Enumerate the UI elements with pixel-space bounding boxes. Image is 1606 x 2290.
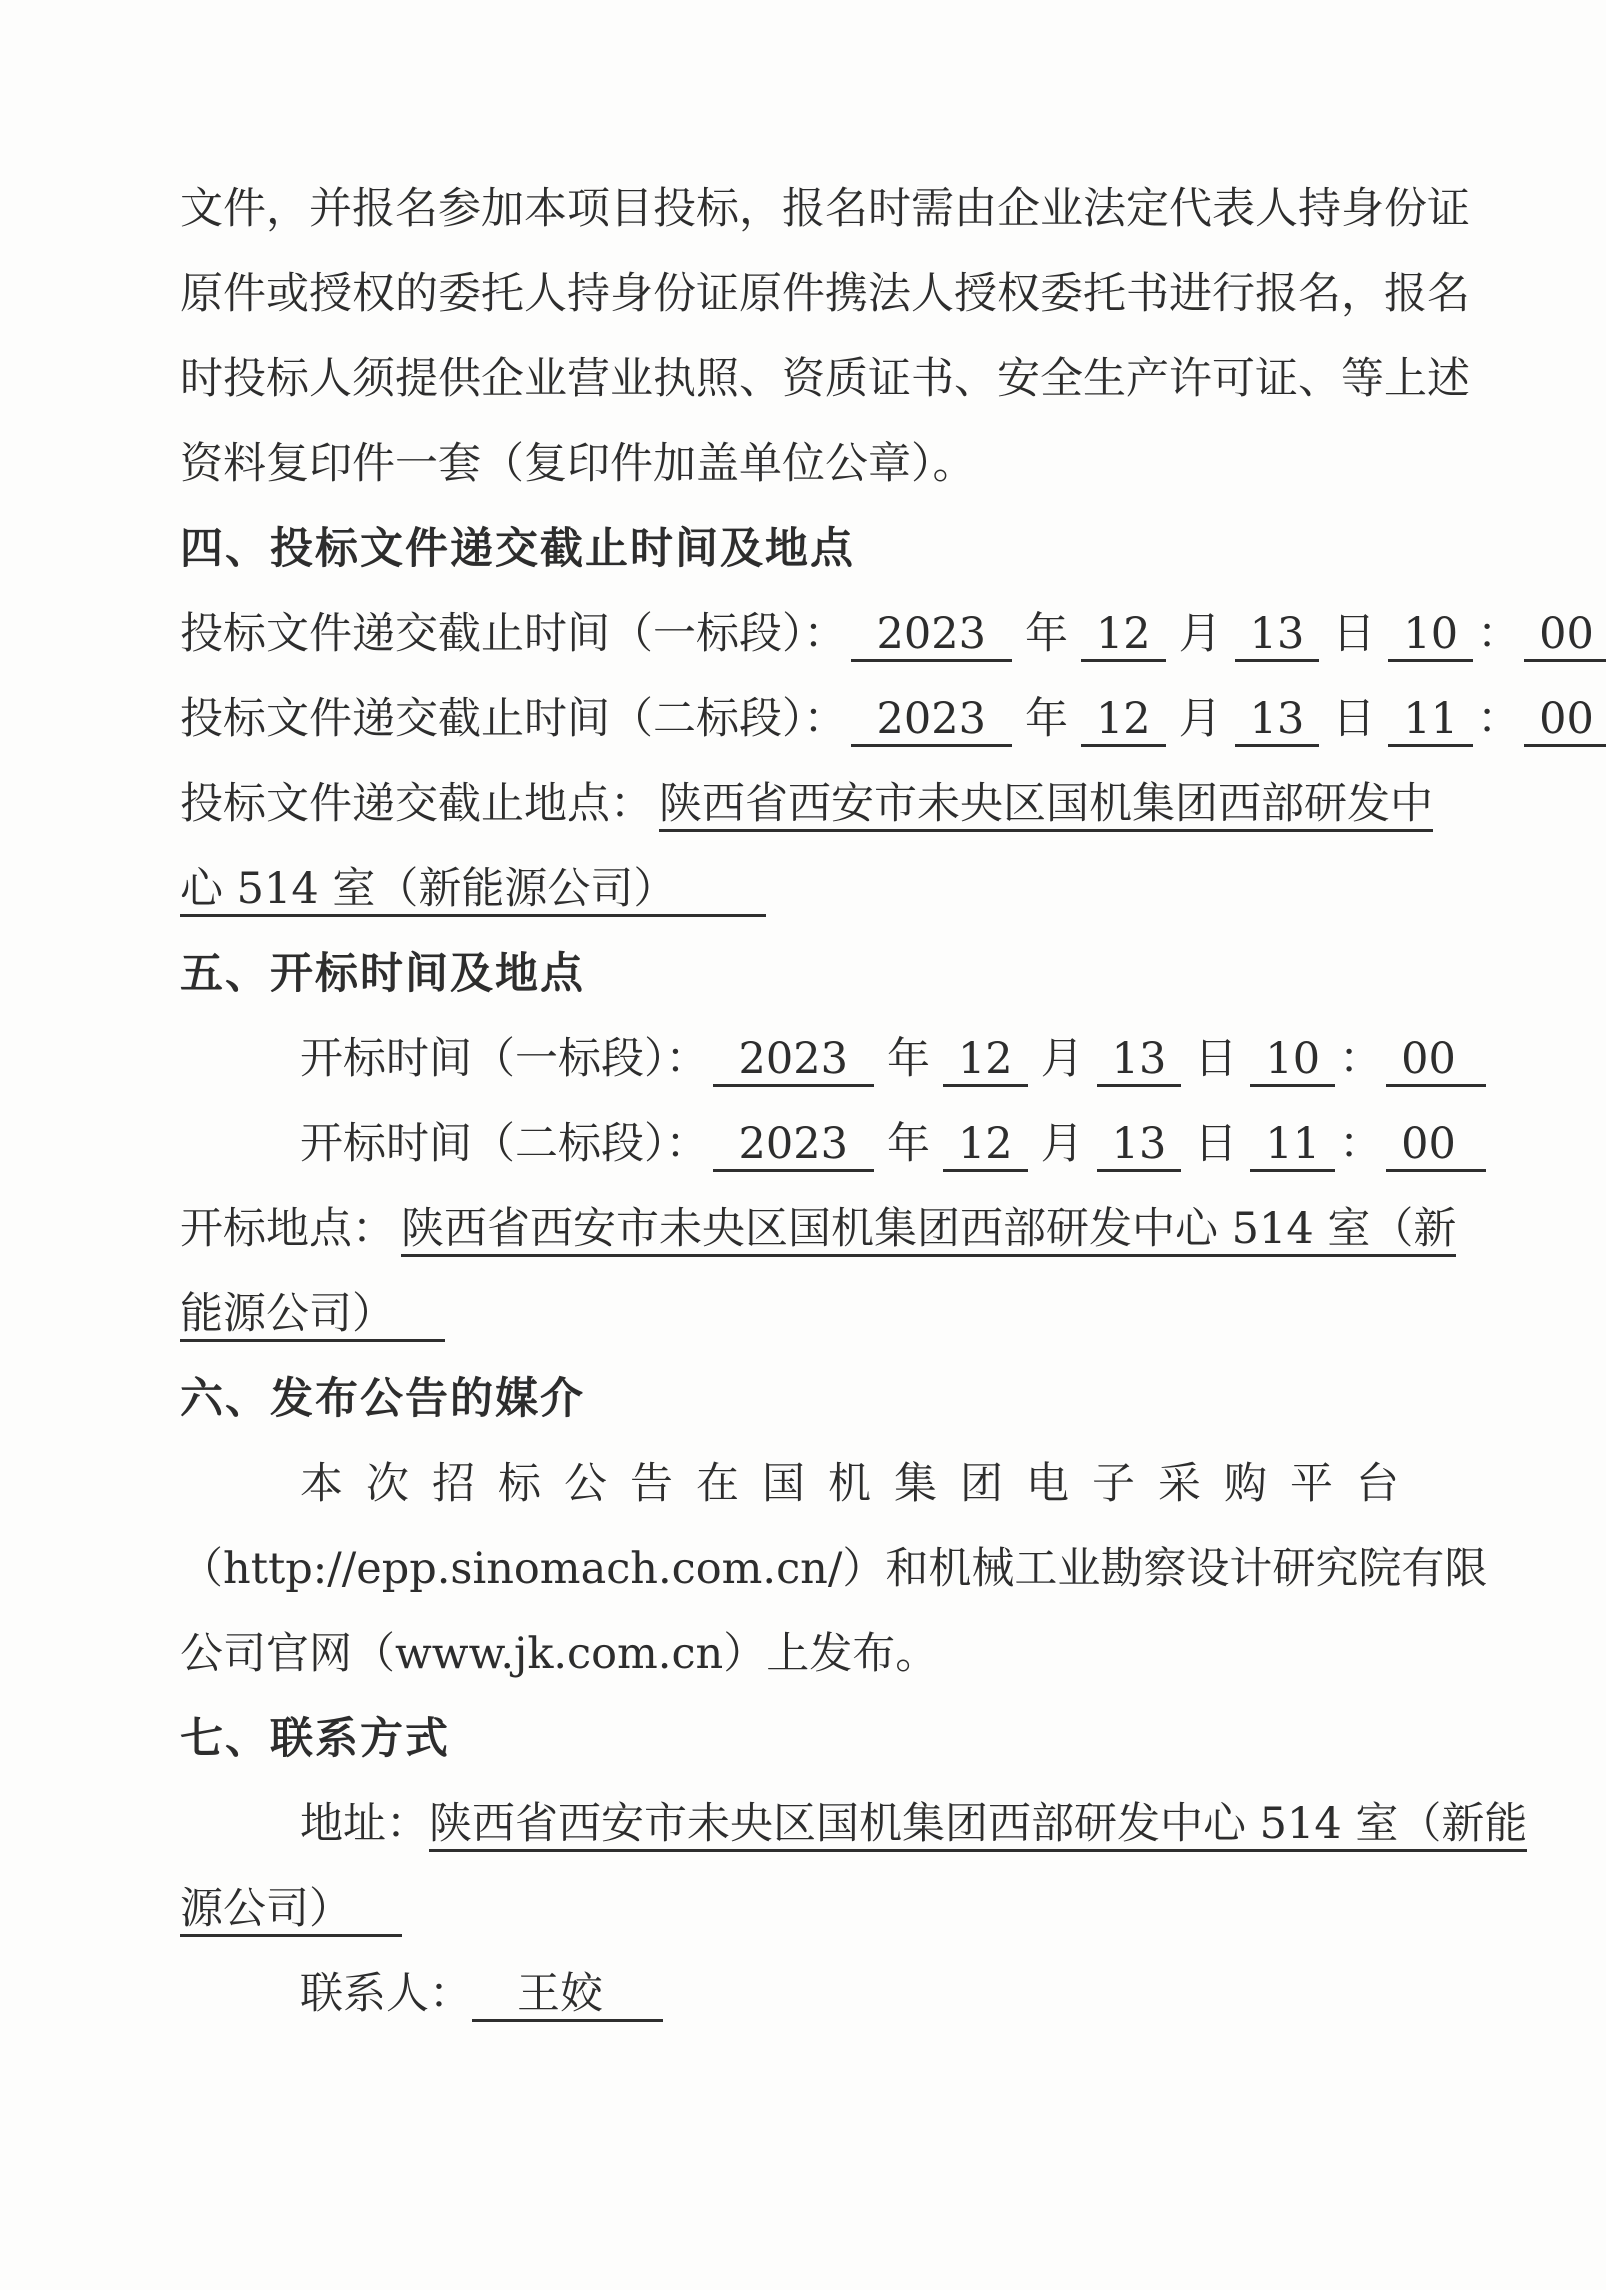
intro-paragraph-line-2: 原件或授权的委托人持身份证原件携法人授权委托书进行报名，报名 (180, 270, 1436, 319)
open-location-text: 陕西省西安市未央区国机集团西部研发中心 514 室（新 (401, 1204, 1456, 1257)
bid-deadline-lot1-line: 投标文件递交截止时间（一标段）：2023年12月13日10：00 (180, 610, 1436, 659)
month-unit-label: 月 (1179, 609, 1222, 659)
year-unit-label: 年 (1025, 694, 1068, 744)
open-time-lot2-line: 开标时间（二标段）：2023年12月13日11：00 (180, 1120, 1436, 1169)
bid-submission-location-text-cont: 心 514 室（新能源公司） (180, 864, 766, 917)
open-time-lot1-hour: 10 (1250, 1034, 1335, 1087)
bid-deadline-lot2-day: 13 (1235, 694, 1320, 747)
bid-deadline-lot1-hour: 10 (1388, 609, 1473, 662)
day-unit-label: 日 (1194, 1034, 1237, 1084)
open-time-lot1-line: 开标时间（一标段）：2023年12月13日10：00 (180, 1035, 1436, 1084)
day-unit-label: 日 (1194, 1119, 1237, 1169)
month-unit-label: 月 (1179, 694, 1222, 744)
year-unit-label: 年 (1025, 609, 1068, 659)
open-time-lot2-label: 开标时间（二标段）： (300, 1119, 709, 1169)
time-colon: ： (1477, 694, 1520, 744)
open-time-lot2-hour: 11 (1250, 1119, 1335, 1172)
contact-address-line-1: 地址：陕西省西安市未央区国机集团西部研发中心 514 室（新能 (180, 1800, 1436, 1849)
open-location-text-cont: 能源公司） (180, 1289, 445, 1342)
contact-address-label: 地址： (300, 1799, 429, 1849)
open-time-lot2-month: 12 (943, 1119, 1028, 1172)
bid-deadline-lot2-minute: 00 (1524, 694, 1606, 747)
bid-deadline-lot1-month: 12 (1081, 609, 1166, 662)
announcement-media-line-3: 公司官网（www.jk.com.cn）上发布。 (180, 1630, 1436, 1679)
section4-heading: 四、投标文件递交截止时间及地点 (180, 525, 1436, 574)
bid-deadline-lot1-label: 投标文件递交截止时间（一标段）： (180, 609, 847, 659)
year-unit-label: 年 (887, 1034, 930, 1084)
contact-person-label: 联系人： (300, 1969, 472, 2019)
day-unit-label: 日 (1332, 694, 1375, 744)
contact-person-line: 联系人：王姣 (180, 1970, 1436, 2019)
bid-deadline-lot1-day: 13 (1235, 609, 1320, 662)
bid-submission-location-line-1: 投标文件递交截止地点：陕西省西安市未央区国机集团西部研发中 (180, 780, 1436, 829)
open-time-lot1-month: 12 (943, 1034, 1028, 1087)
bid-deadline-lot1-minute: 00 (1524, 609, 1606, 662)
open-time-lot1-minute: 00 (1386, 1034, 1486, 1087)
intro-paragraph-line-4: 资料复印件一套（复印件加盖单位公章）。 (180, 440, 1436, 489)
contact-person-name: 王姣 (472, 1969, 663, 2022)
intro-paragraph-line-1: 文件，并报名参加本项目投标，报名时需由企业法定代表人持身份证 (180, 185, 1436, 234)
announcement-media-line-2: （http://epp.sinomach.com.cn/）和机械工业勘察设计研究… (180, 1545, 1436, 1594)
year-unit-label: 年 (887, 1119, 930, 1169)
month-unit-label: 月 (1041, 1034, 1084, 1084)
bid-deadline-lot2-year: 2023 (851, 694, 1012, 747)
bid-deadline-lot2-month: 12 (1081, 694, 1166, 747)
bid-deadline-lot2-hour: 11 (1388, 694, 1473, 747)
open-location-label: 开标地点： (180, 1204, 395, 1254)
bid-deadline-lot2-line: 投标文件递交截止时间（二标段）：2023年12月13日11：00 (180, 695, 1436, 744)
bid-submission-location-text: 陕西省西安市未央区国机集团西部研发中 (659, 779, 1433, 832)
time-colon: ： (1339, 1119, 1382, 1169)
open-time-lot2-day: 13 (1097, 1119, 1182, 1172)
intro-paragraph-line-3: 时投标人须提供企业营业执照、资质证书、安全生产许可证、等上述 (180, 355, 1436, 404)
month-unit-label: 月 (1041, 1119, 1084, 1169)
section5-heading: 五、开标时间及地点 (180, 950, 1436, 999)
open-time-lot2-minute: 00 (1386, 1119, 1486, 1172)
open-location-line-1: 开标地点：陕西省西安市未央区国机集团西部研发中心 514 室（新 (180, 1205, 1436, 1254)
open-time-lot2-year: 2023 (713, 1119, 874, 1172)
contact-address-text-cont: 源公司） (180, 1884, 402, 1937)
time-colon: ： (1339, 1034, 1382, 1084)
announcement-media-line-1: 本次招标公告在国机集团电子采购平台 (180, 1460, 1436, 1509)
document-page: 文件，并报名参加本项目投标，报名时需由企业法定代表人持身份证 原件或授权的委托人… (0, 0, 1606, 2290)
section7-heading: 七、联系方式 (180, 1715, 1436, 1764)
bid-deadline-lot2-label: 投标文件递交截止时间（二标段）： (180, 694, 847, 744)
section6-heading: 六、发布公告的媒介 (180, 1375, 1436, 1424)
contact-address-text: 陕西省西安市未央区国机集团西部研发中心 514 室（新能 (429, 1799, 1527, 1852)
bid-submission-location-label: 投标文件递交截止地点： (180, 779, 653, 829)
open-location-line-2: 能源公司） (180, 1290, 1436, 1339)
time-colon: ： (1477, 609, 1520, 659)
contact-address-line-2: 源公司） (180, 1885, 1436, 1934)
bid-submission-location-line-2: 心 514 室（新能源公司） (180, 865, 1436, 914)
day-unit-label: 日 (1332, 609, 1375, 659)
bid-deadline-lot1-year: 2023 (851, 609, 1012, 662)
open-time-lot1-label: 开标时间（一标段）： (300, 1034, 709, 1084)
open-time-lot1-day: 13 (1097, 1034, 1182, 1087)
open-time-lot1-year: 2023 (713, 1034, 874, 1087)
